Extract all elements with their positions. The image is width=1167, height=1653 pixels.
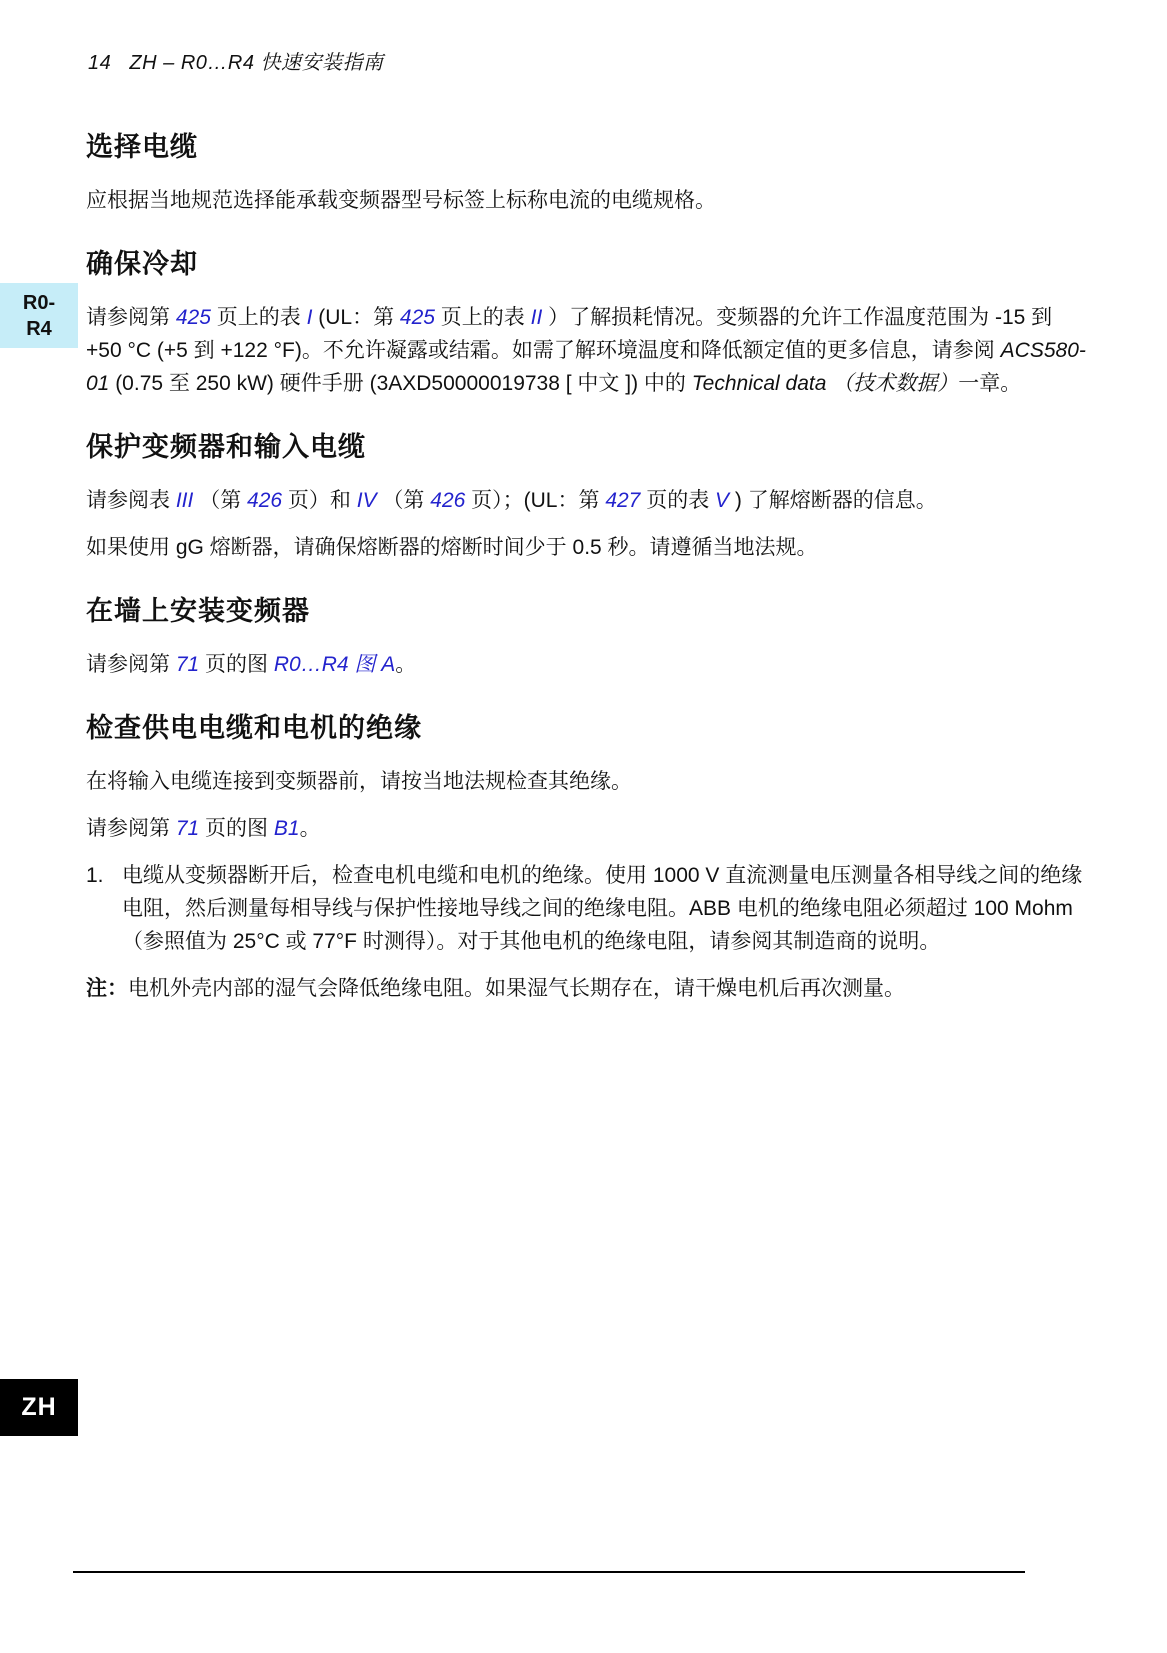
language-tab-label: ZH <box>21 1393 56 1422</box>
frame-size-tab-line2: R4 <box>26 316 52 342</box>
paragraph: 请参阅表 III （第 426 页）和 IV （第 426 页）；(UL：第 4… <box>86 484 1086 517</box>
text-run: 页的表 <box>640 489 715 512</box>
text-run: 页上的表 <box>435 306 531 329</box>
page-link[interactable]: 71 <box>176 817 199 840</box>
text-run: 在将输入电缆连接到变频器前，请按当地法规检查其绝缘。 <box>86 770 632 793</box>
page-link[interactable]: 427 <box>605 489 640 512</box>
text-run: 页）和 <box>282 489 357 512</box>
paragraph: 如果使用 gG 熔断器，请确保熔断器的熔断时间少于 0.5 秒。请遵循当地法规。 <box>86 531 1086 564</box>
page-link[interactable]: 426 <box>430 489 465 512</box>
page-link[interactable]: V <box>715 489 729 512</box>
page-link[interactable]: 425 <box>176 306 211 329</box>
page-link[interactable]: R0…R4 图 A <box>274 653 395 676</box>
text-run: （技术数据） <box>832 372 958 395</box>
text-run: Technical data <box>692 372 827 395</box>
text-run: 页的图 <box>199 653 274 676</box>
section-heading-select-cables: 选择电缆 <box>86 130 1086 164</box>
text-run: 请参阅表 <box>86 489 176 512</box>
page-link[interactable]: B1 <box>274 817 300 840</box>
text-run: 请参阅第 <box>86 653 176 676</box>
text-run: 注： <box>86 977 128 1000</box>
language-tab: ZH <box>0 1379 78 1436</box>
section-heading-check-insulation: 检查供电电缆和电机的绝缘 <box>86 711 1086 745</box>
paragraph: 在将输入电缆连接到变频器前，请按当地法规检查其绝缘。 <box>86 765 1086 798</box>
text-run: 页上的表 <box>211 306 307 329</box>
numbered-list-item: 1. 电缆从变频器断开后，检查电机电缆和电机的绝缘。使用 1000 V 直流测量… <box>86 859 1086 958</box>
text-run: ) 了解熔断器的信息。 <box>729 489 937 512</box>
text-run: 。 <box>300 817 321 840</box>
section-heading-wall-mount: 在墙上安装变频器 <box>86 594 1086 628</box>
text-run: (0.75 至 250 kW) 硬件手册 (3AXD50000019738 [ … <box>109 372 691 395</box>
paragraph: 请参阅第 425 页上的表 I (UL：第 425 页上的表 II ）了解损耗情… <box>86 301 1086 400</box>
section-heading-protect-drive: 保护变频器和输入电缆 <box>86 430 1086 464</box>
paragraph: 请参阅第 71 页的图 B1。 <box>86 812 1086 845</box>
page-link[interactable]: III <box>176 489 194 512</box>
note-paragraph: 注：电机外壳内部的湿气会降低绝缘电阻。如果湿气长期存在，请干燥电机后再次测量。 <box>86 972 1086 1005</box>
page-link[interactable]: 71 <box>176 653 199 676</box>
text-run: 电缆从变频器断开后，检查电机电缆和电机的绝缘。使用 1000 V 直流测量电压测… <box>122 864 1082 953</box>
text-run: 。 <box>395 653 416 676</box>
page-link[interactable]: II <box>531 306 543 329</box>
text-run: 应根据当地规范选择能承载变频器型号标签上标称电流的电缆规格。 <box>86 189 716 212</box>
text-run: 如果使用 gG 熔断器，请确保熔断器的熔断时间少于 0.5 秒。请遵循当地法规。 <box>86 536 818 559</box>
text-run: 请参阅第 <box>86 306 176 329</box>
text-run: (UL：第 <box>312 306 400 329</box>
running-header: 14 ZH – R0…R4 快速安装指南 <box>88 46 384 75</box>
text-run: （第 <box>377 489 431 512</box>
page-content: 选择电缆 应根据当地规范选择能承载变频器型号标签上标称电流的电缆规格。 确保冷却… <box>86 122 1086 1019</box>
text-run: 页的图 <box>199 817 274 840</box>
page-link[interactable]: IV <box>357 489 377 512</box>
text-run: 一章。 <box>958 372 1021 395</box>
text-run: （第 <box>193 489 247 512</box>
page-link[interactable]: 426 <box>247 489 282 512</box>
text-run: 电机外壳内部的湿气会降低绝缘电阻。如果湿气长期存在，请干燥电机后再次测量。 <box>128 977 905 1000</box>
paragraph: 应根据当地规范选择能承载变频器型号标签上标称电流的电缆规格。 <box>86 184 1086 217</box>
text-run: 页）；(UL：第 <box>465 489 605 512</box>
footer-rule <box>73 1571 1025 1573</box>
text-run: 请参阅第 <box>86 817 176 840</box>
section-heading-ensure-cooling: 确保冷却 <box>86 247 1086 281</box>
page-link[interactable]: 425 <box>400 306 435 329</box>
paragraph: 请参阅第 71 页的图 R0…R4 图 A。 <box>86 648 1086 681</box>
list-item-text: 电缆从变频器断开后，检查电机电缆和电机的绝缘。使用 1000 V 直流测量电压测… <box>122 859 1086 958</box>
list-marker: 1. <box>86 859 122 958</box>
frame-size-tab-line1: R0- <box>23 290 55 316</box>
frame-size-tab: R0- R4 <box>0 283 78 348</box>
